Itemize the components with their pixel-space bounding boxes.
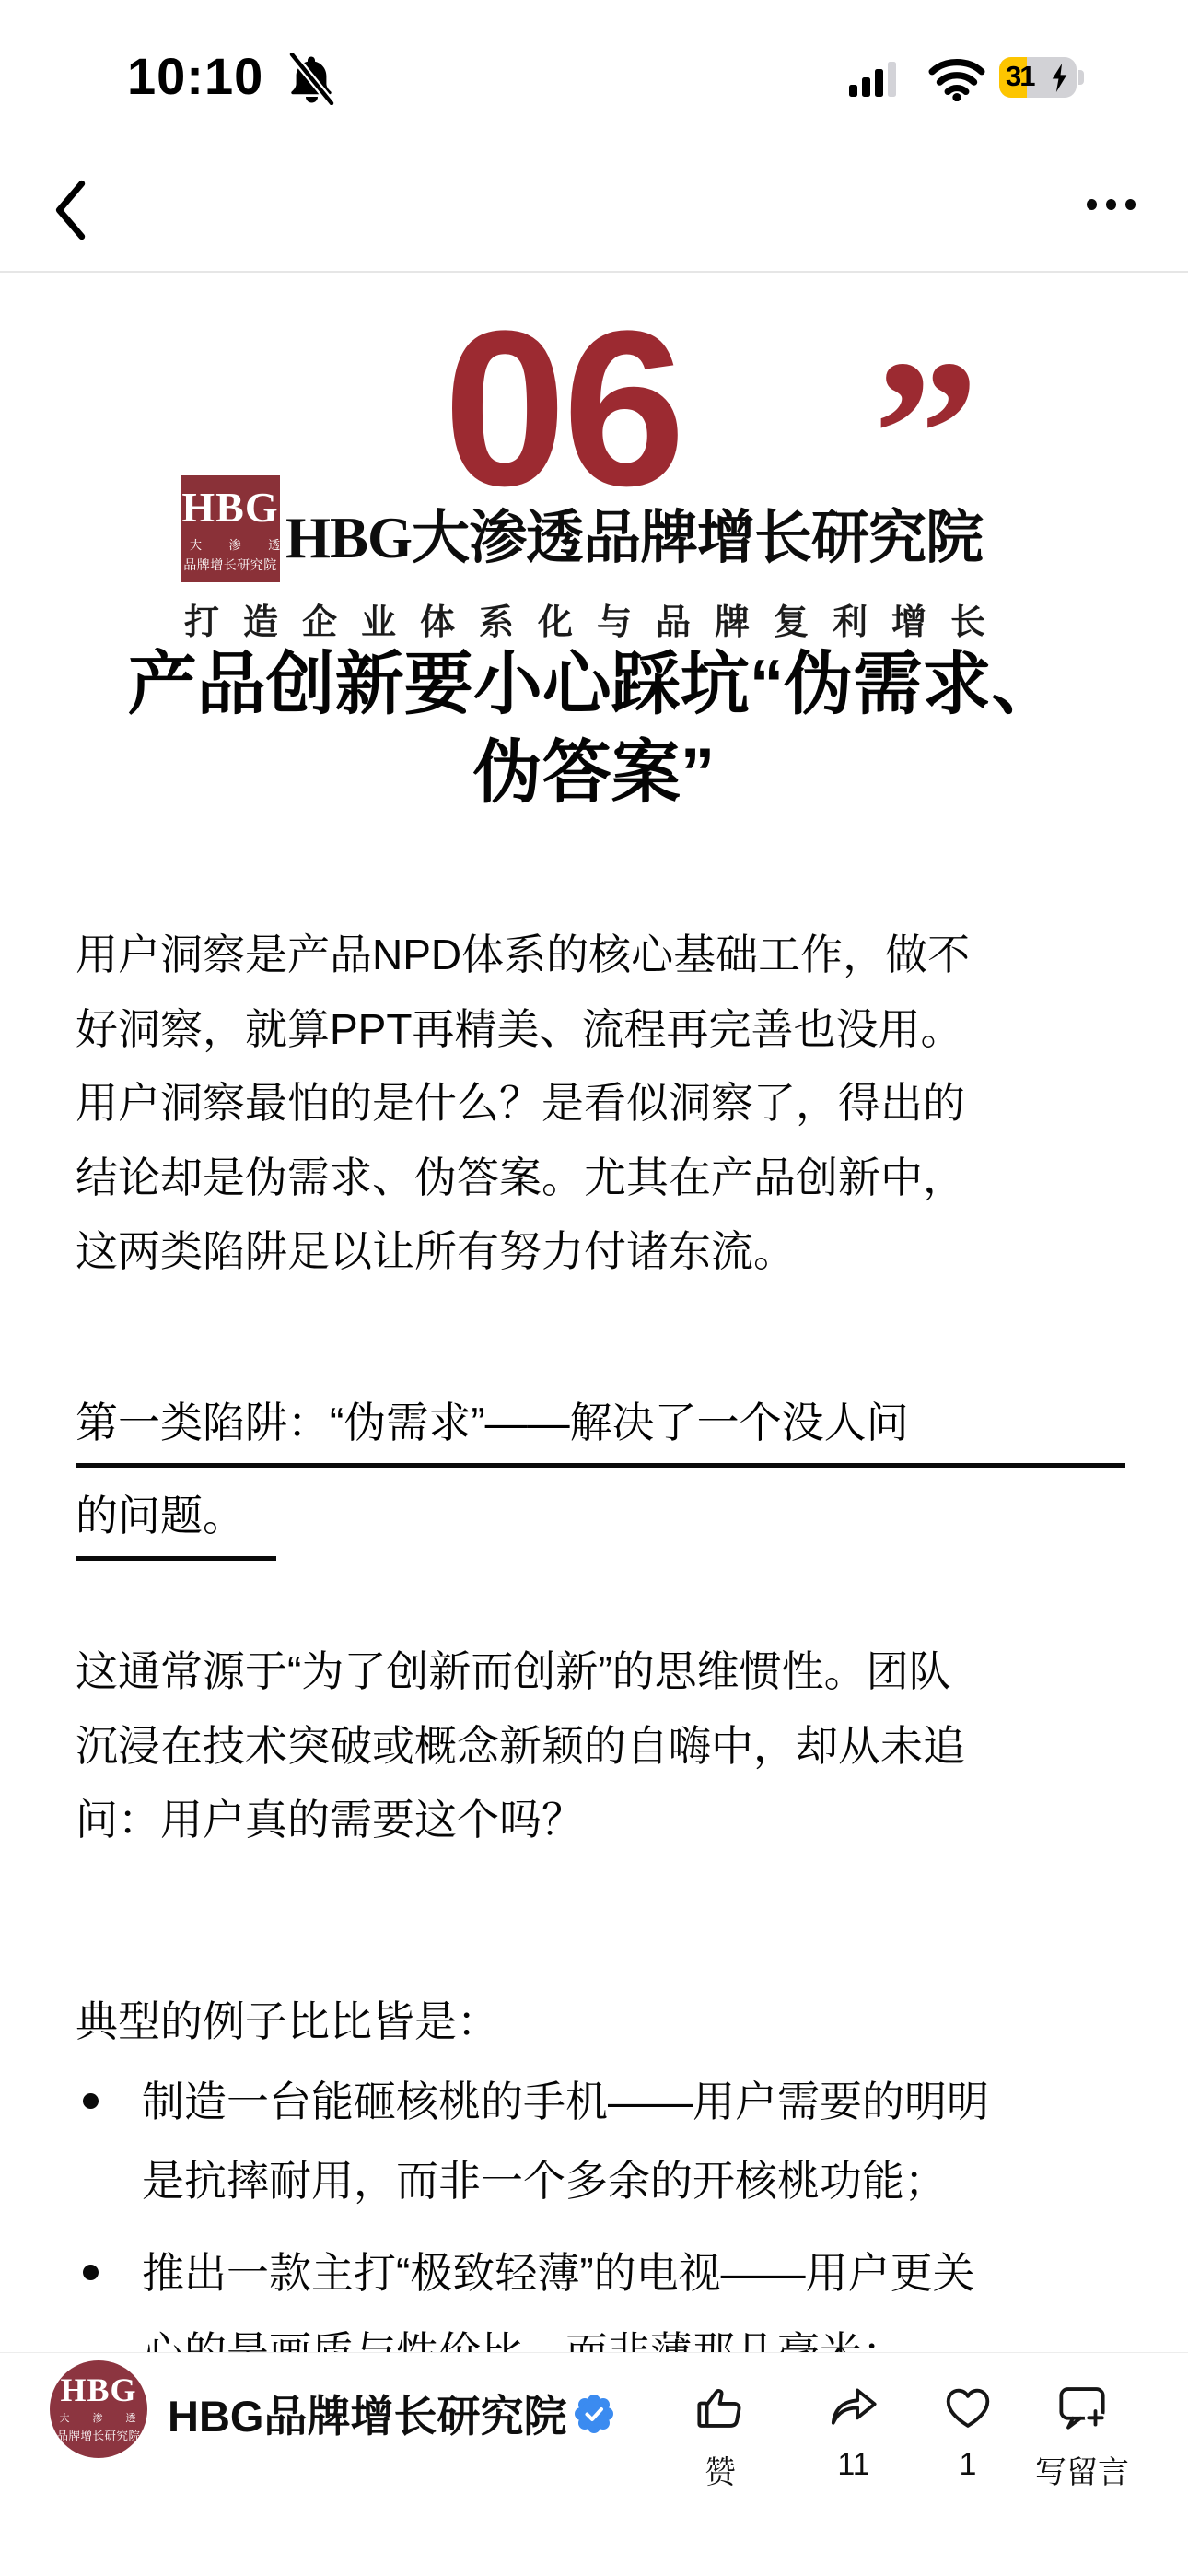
comment-plus-icon — [1013, 2379, 1151, 2436]
share-arrow-icon — [794, 2379, 914, 2436]
screen: 10:10 — [0, 0, 1188, 2576]
status-bar: 10:10 — [0, 0, 1188, 138]
brand-header: HBG 大 渗 透 品牌增长研究院 HBG大渗透品牌增长研究院 — [181, 475, 983, 582]
article-title-line2: 伪答案” — [0, 728, 1188, 816]
article-title: 产品创新要小心踩坑“伪需求、 伪答案” — [0, 639, 1188, 816]
battery-charging-icon: 31 — [999, 57, 1084, 98]
like-label: 赞 — [665, 2447, 775, 2492]
more-icon — [1087, 199, 1097, 210]
comment-label: 写留言 — [1013, 2447, 1151, 2492]
favorite-count: 1 — [917, 2447, 1019, 2483]
section-heading-line1: 第一类陷阱：“伪需求”——解决了一个没人问 — [76, 1389, 1125, 1468]
hbg-logo: HBG 大 渗 透 品牌增长研究院 — [181, 475, 280, 582]
account-name: HBG品牌增长研究院 — [168, 2383, 566, 2444]
account-avatar[interactable]: HBG 大 渗 透 品牌增长研究院 — [50, 2360, 147, 2458]
wifi-icon — [928, 57, 985, 106]
thumbs-up-icon — [665, 2379, 775, 2436]
cellular-signal-icon — [849, 59, 897, 102]
paragraph-1: 用户洞察是产品NPD体系的核心基础工作，做不好洞察，就算PPT再精美、流程再完善… — [76, 918, 1125, 1289]
back-button[interactable] — [52, 179, 88, 241]
bullet-icon — [83, 2265, 99, 2280]
list-item-text: 推出一款主打“极致轻薄”的电视——用户更关心的是画质与性价比，而非薄那几毫米； — [142, 2233, 1125, 2352]
clock: 10:10 — [127, 46, 263, 106]
verified-badge-icon — [574, 2394, 614, 2439]
article-title-line1: 产品创新要小心踩坑“伪需求、 — [0, 639, 1188, 728]
bullet-icon — [83, 2093, 99, 2109]
nav-bar — [0, 138, 1188, 273]
heart-icon — [917, 2379, 1019, 2436]
brand-name: HBG大渗透品牌增长研究院 — [285, 491, 983, 575]
favorite-button[interactable]: 1 — [917, 2379, 1019, 2483]
section-heading: 第一类陷阱：“伪需求”——解决了一个没人问 的问题。 — [76, 1389, 1125, 1561]
engagement-actions: 赞 11 1 — [645, 2353, 1160, 2500]
battery-nub — [1078, 70, 1084, 85]
brand-tagline: 打造企业体系化与品牌复利增长 — [184, 593, 1009, 644]
article-body: 06 ” HBG 大 渗 透 品牌增长研究院 HBG大渗透品牌增长研究院 打造企… — [0, 273, 1188, 2352]
like-button[interactable]: 赞 — [665, 2379, 775, 2492]
share-button[interactable]: 11 — [794, 2379, 914, 2483]
list-item-text: 制造一台能砸核桃的手机——用户需要的明明是抗摔耐用，而非一个多余的开核桃功能； — [142, 2062, 1125, 2220]
share-count: 11 — [794, 2447, 914, 2483]
list-item: 制造一台能砸核桃的手机——用户需要的明明是抗摔耐用，而非一个多余的开核桃功能； — [76, 2062, 1125, 2220]
more-button[interactable] — [1087, 199, 1136, 210]
section-heading-line2: 的问题。 — [76, 1482, 276, 1561]
account-link[interactable]: HBG品牌增长研究院 — [168, 2383, 614, 2444]
comment-button[interactable]: 写留言 — [1013, 2379, 1151, 2492]
list-intro: 典型的例子比比皆是： — [76, 1985, 499, 2058]
notifications-muted-icon — [287, 53, 335, 110]
example-list: 制造一台能砸核桃的手机——用户需要的明明是抗摔耐用，而非一个多余的开核桃功能； … — [76, 2049, 1125, 2352]
list-item: 推出一款主打“极致轻薄”的电视——用户更关心的是画质与性价比，而非薄那几毫米； — [76, 2233, 1125, 2352]
battery-percent: 31 — [1006, 60, 1054, 93]
bottom-bar: HBG 大 渗 透 品牌增长研究院 HBG品牌增长研究院 — [0, 2352, 1188, 2576]
paragraph-2: 这通常源于“为了创新而创新”的思维惯性。团队沉浸在技术突破或概念新颖的自嗨中，却… — [76, 1634, 1125, 1857]
lightning-bolt-icon — [1052, 64, 1067, 97]
